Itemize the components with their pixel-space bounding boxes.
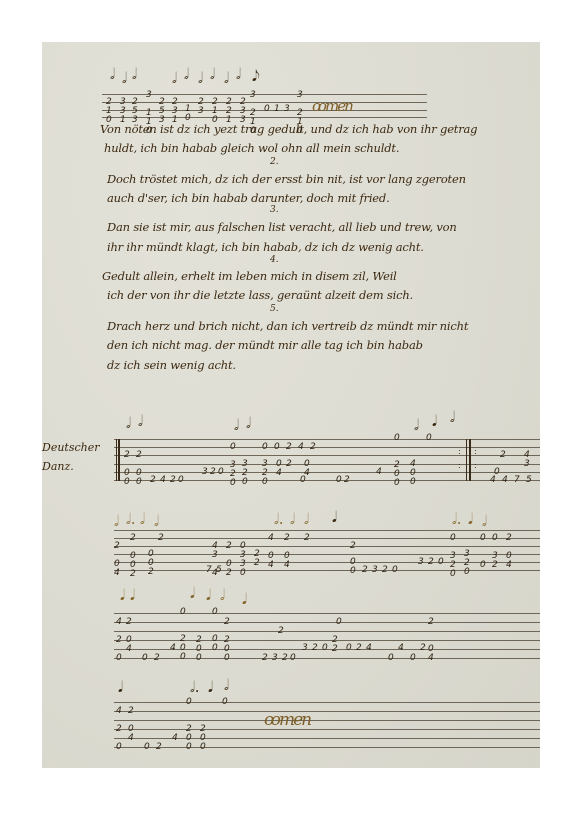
tablature-system-4: 𝅘𝅥 𝅘𝅥 𝅘𝅥 𝅘𝅥 𝅗𝅥 𝅘𝅥 420 204 0 2 4 0200 200…: [114, 580, 540, 670]
verse-3-line-2: ihr ihr mündt klagt, ich bin habab, dz i…: [107, 240, 424, 256]
verse-number-3: 3.: [270, 205, 279, 215]
dance-title: Deutscher Danz.: [42, 438, 106, 476]
verse-1-line-1: Von nöten ist dz ich yezt trag gedult, u…: [100, 122, 477, 138]
verse-3-line-1: Dan sie ist mir, aus falschen list verac…: [107, 220, 457, 236]
verse-5-line-3: dz ich sein wenig acht.: [107, 358, 236, 374]
closing-flourish: ꝏmen: [312, 97, 352, 115]
verse-4-line-2: ich der von ihr die letzte lass, geraünt…: [107, 288, 413, 304]
verse-4-line-1: Gedult allein, erhelt im leben mich in d…: [102, 269, 397, 285]
manuscript-page: 𝅗𝅥 𝅗𝅥 𝅗𝅥 𝅗𝅥 𝅗𝅥 𝅗𝅥 𝅗𝅥 𝅗𝅥 𝅗𝅥 𝅘𝅥𝅮 210 331 2…: [42, 42, 540, 768]
rhythm-sign: 𝅗𝅥: [132, 67, 137, 82]
rhythm-sign: 𝅗𝅥: [172, 71, 177, 86]
verse-number-5: 5.: [270, 304, 279, 314]
rhythm-sign: 𝅗𝅥: [198, 71, 203, 86]
dance-title-line-1: Deutscher: [42, 438, 106, 457]
verse-2-line-1: Doch tröstet mich, dz ich der ersst bin …: [107, 172, 466, 188]
rhythm-sign: 𝅗𝅥: [122, 71, 127, 86]
rhythm-sign: 𝅗𝅥: [210, 67, 215, 82]
verse-5-line-1: Drach herz und brich nicht, dan ich vert…: [107, 319, 468, 335]
rhythm-sign: 𝅗𝅥: [236, 67, 241, 82]
dance-title-line-2: Danz.: [42, 457, 106, 476]
verse-number-4: 4.: [270, 255, 279, 265]
tablature-system-1: 𝅗𝅥 𝅗𝅥 𝅗𝅥 𝅗𝅥 𝅗𝅥 𝅗𝅥 𝅗𝅥 𝅗𝅥 𝅗𝅥 𝅘𝅥𝅮 210 331 2…: [102, 67, 427, 117]
rhythm-sign: 𝅘𝅥𝅮: [252, 69, 260, 84]
verse-number-2: 2.: [270, 157, 279, 167]
verse-1-line-2: huldt, ich bin habab gleich wol ohn all …: [104, 141, 399, 157]
tablature-system-3: 𝅗𝅥 𝅗𝅥. 𝅗𝅥 𝅗𝅥 𝅗𝅥. 𝅗𝅥 𝅗𝅥 𝅘𝅥 𝅗𝅥. 𝅘𝅥 𝅗𝅥 204 …: [114, 500, 540, 580]
rhythm-sign: 𝅗𝅥: [184, 67, 189, 82]
closing-flourish: ꝏmen: [264, 710, 310, 730]
verse-2-line-2: auch d'ser, ich bin habab darunter, doch…: [107, 191, 390, 207]
tablature-system-5: 𝅘𝅥 𝅗𝅥. 𝅘𝅥 𝅗𝅥 420 204 0 2 4 0200 200 0 ꝏm…: [114, 670, 540, 760]
verse-5-line-2: den ich nicht mag. der mündt mir alle ta…: [107, 338, 423, 354]
rhythm-sign: 𝅗𝅥: [110, 67, 115, 82]
tablature-system-2: 𝅗𝅥 𝅗𝅥 𝅗𝅥 𝅗𝅥 𝅗𝅥 𝅘𝅥 𝅗𝅥 200 200 2 4 2 0 3 2…: [114, 414, 540, 489]
rhythm-sign: 𝅗𝅥: [224, 71, 229, 86]
